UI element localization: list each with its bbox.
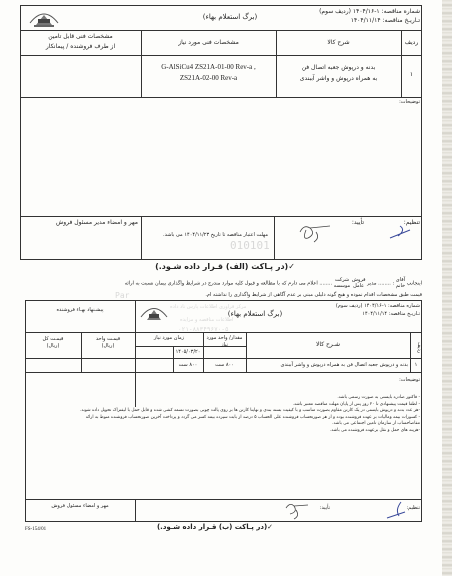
col-header-row-no: ردیف: [401, 39, 422, 47]
company-logo-icon: [26, 7, 62, 29]
declaration-line-2: قیمت طبق مشخصات اقدام نموده و هیچ گونه د…: [100, 292, 422, 299]
form-a-packet-note: ✓(در پـاکت (الف) قـرار داده شـود.): [140, 262, 310, 272]
cell-row-no: ۱: [401, 71, 422, 79]
form-b-notes: - فاکتور صادره بایستی به صورت رسمی باشد.…: [30, 395, 420, 434]
form-b-approved-label: تأیید:: [310, 505, 330, 512]
note-3: -هر عدد بدنه و درپوش بایستی در یک کارتن …: [30, 408, 420, 415]
scan-edge: [442, 0, 452, 576]
cell-item-desc-2: به همراه درپوش و واشر آببندی: [276, 75, 401, 83]
form-code: FS-154/01: [25, 526, 46, 533]
note-6: -هزینه های حمل و نقل برعهده فروشنده می ب…: [30, 428, 420, 435]
form-a-stamp-label: مهر و امضاء مدیر مسئول فروش: [22, 219, 138, 227]
form-a-approved-label: تأیید:: [334, 219, 364, 227]
col-header-delivery: زمان مورد نیاز: [135, 335, 203, 342]
form-a-title: (برگ استعلام بهاء): [170, 13, 290, 22]
approved-signature: [282, 500, 310, 520]
form-b-notes-label: توضیحات:: [360, 377, 420, 384]
cell-row-no: ۱: [410, 362, 422, 369]
form-b-offer-group: پیشـنهاد بهـاء فروشنده: [25, 307, 135, 314]
col-header-supplier-spec-sub: از طرف فروشنده / پیمانکار: [20, 43, 141, 51]
watermark-brand: Par: [115, 290, 129, 301]
cell-required-spec-2: ZS21A-02-00 Rev-a: [141, 74, 276, 83]
cell-item-desc: بدنه و درپوش جعبه اتصال فن به همراه درپو…: [248, 362, 408, 369]
form-b-stamp-label: مهر و امضاء مسئول فروش: [25, 503, 135, 510]
form-a-footer-top: [20, 216, 422, 217]
watermark-phone: ۰۲۱-۸۸۳۴۹۶۷۰-۵: [178, 324, 229, 335]
watermark-digits: 010101: [230, 240, 270, 251]
form-b-tender-number: شماره مناقصه: ۱-۱۴۰۴/۱۶ (ردیف سوم): [290, 303, 420, 310]
prepared-signature: [385, 500, 409, 520]
tender-number-value: ۱-۱۴۰۴/۱۶ (ردیف سوم): [319, 8, 380, 15]
col-header-total-price: قیمـت کل(ریال): [25, 336, 81, 350]
col-header-supplier-spec: مشخصات فنی قابل تامین: [20, 33, 141, 41]
form-a-table-row-bottom: [20, 97, 422, 98]
watermark-center-1: مرکز فراوری اطلاعات پارس ناد داده: [170, 302, 246, 313]
cell-required-spec-1: G-AlSiCu4 ZS21A-01-00 Rev-a ,: [141, 63, 276, 72]
form-b-table-row-bottom: [25, 372, 422, 373]
form-a-tender-date: تـاریـخ مناقصه: ۱۴۰۴/۱۱/۱۴: [270, 17, 420, 25]
col-header-item-desc: شـرح کالا: [246, 341, 410, 349]
form-a-header-divider: [20, 30, 422, 31]
cell-item-desc-1: بدنه و درپوش جعبه اتصال فن: [276, 64, 401, 72]
declaration-line-1: اینجانب آقایخانم : ........ مدیر فروشعام…: [20, 277, 422, 289]
tender-number-label: شماره مناقصه:: [382, 8, 420, 15]
tender-date-value: ۱۴۰۴/۱۱/۱۴: [351, 17, 381, 24]
company-logo-icon: [138, 302, 170, 324]
form-b-packet-note: ✓(در پـاکت (ب) قـرار داده شـود.): [140, 523, 290, 532]
tender-date-label: تـاریـخ مناقصه:: [382, 17, 420, 24]
form-a-tender-number: شماره مناقصه: ۱-۱۴۰۴/۱۶ (ردیف سوم): [270, 8, 420, 16]
col-header-unit-price: قیمـت واحد(ریال): [81, 336, 135, 350]
col-header-row-no: ردیف: [410, 342, 422, 353]
approved-signature: [296, 222, 332, 244]
cell-unit-price-input[interactable]: [82, 359, 134, 371]
col-header-delivery-date: ۱۴۰۵/۰۳/۲۰: [173, 349, 203, 356]
form-b-header-divider: [135, 300, 136, 407]
form-a-notes-label: توضیحات:: [360, 99, 420, 106]
cell-supplier-spec-input[interactable]: [21, 56, 140, 96]
col-header-item-desc: شرح کالا: [276, 39, 401, 47]
col-header-qty: مقدار/ واحد مورد نیاز: [203, 335, 246, 349]
form-a-validity: مهلت اعتبار مناقصه تا تاریخ ۱۴۰۴/۱۱/۲۳ م…: [150, 232, 268, 239]
form-a-footer-divider: [274, 216, 275, 260]
form-b-tender-date: تـاریـخ مناقصه: ۱۴۰۴/۱۱/۱۴: [290, 311, 420, 318]
form-a-footer-divider: [141, 216, 142, 260]
form-b-col-divider: [246, 332, 247, 372]
form-b-footer-divider: [135, 499, 136, 522]
prepared-signature: [388, 224, 412, 240]
cell-qty: ۸۰۰ ست: [203, 362, 246, 369]
form-b-footer-top: [25, 499, 422, 500]
cell-delivery-qty: ۸۰۰ ست: [173, 362, 203, 369]
cell-total-price-input[interactable]: [26, 359, 80, 371]
col-header-required-spec: مشخصات فنی مورد نیاز: [141, 39, 276, 47]
